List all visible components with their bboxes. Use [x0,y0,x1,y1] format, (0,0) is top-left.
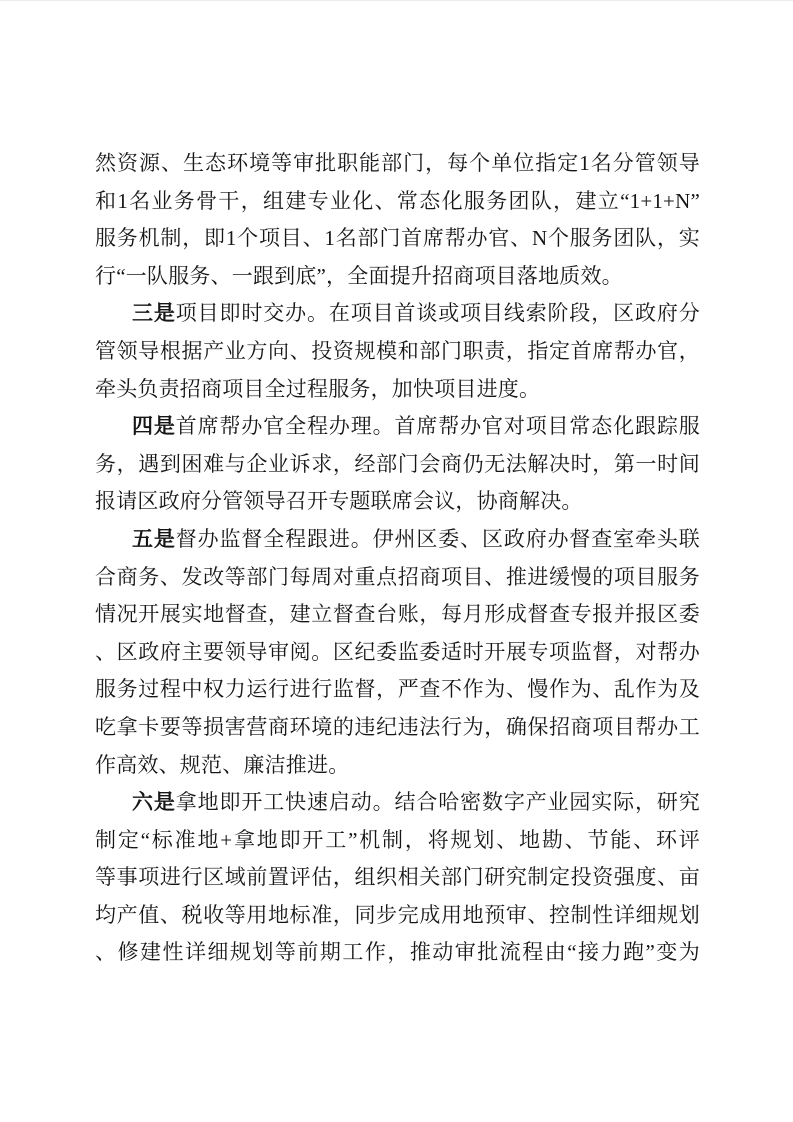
paragraph: 六是拿地即开工快速启动。结合哈密数字产业园实际，研究制定“标准地+拿地即开工”机… [95,784,700,972]
text-line: 报请区政府分管领导召开专题联席会议，协商解决。 [95,483,700,521]
text-line: 情况开展实地督查，建立督查台账，每月形成督查专报并报区委 [95,596,700,634]
text-line: 、修建性详细规划等前期工作，推动审批流程由“接力跑”变为 [95,934,700,972]
text-line: 、区政府主要领导审阅。区纪委监委适时开展专项监督，对帮办 [95,634,700,672]
text-line: 行“一队服务、一跟到底”，全面提升招商项目落地质效。 [95,258,700,296]
text-line: 吃拿卡要等损害营商环境的违纪违法行为，确保招商项目帮办工 [95,709,700,747]
line-text: 首席帮办官全程办理。首席帮办官对项目常态化跟踪服 [176,414,700,438]
line-text: 项目即时交办。在项目首谈或项目线索阶段，区政府分 [176,301,700,325]
paragraph-lead: 六是 [132,791,176,814]
paragraph-lead: 三是 [132,302,176,325]
document-page: 然资源、生态环境等审批职能部门，每个单位指定1名分管领导和1名业务骨干，组建专业… [0,0,793,1122]
text-line: 作高效、规范、廉洁推进。 [95,747,700,785]
text-line: 服务机制，即1个项目、1名部门首席帮办官、N个服务团队，实 [95,220,700,258]
text-line: 管领导根据产业方向、投资规模和部门职责，指定首席帮办官， [95,333,700,371]
line-text: 督办监督全程跟进。伊州区委、区政府办督查室牵头联 [176,527,700,551]
text-line: 和1名业务骨干，组建专业化、常态化服务团队，建立“1+1+N” [95,183,700,221]
paragraph: 五是督办监督全程跟进。伊州区委、区政府办督查室牵头联合商务、发改等部门每周对重点… [95,521,700,784]
paragraph-lead: 五是 [132,528,176,551]
text-line: 服务过程中权力运行进行监督，严查不作为、慢作为、乱作为及 [95,671,700,709]
text-line: 制定“标准地+拿地即开工”机制，将规划、地勘、节能、环评 [95,822,700,860]
document-body: 然资源、生态环境等审批职能部门，每个单位指定1名分管领导和1名业务骨干，组建专业… [95,145,700,972]
text-line: 六是拿地即开工快速启动。结合哈密数字产业园实际，研究 [95,784,700,822]
text-line: 然资源、生态环境等审批职能部门，每个单位指定1名分管领导 [95,145,700,183]
text-line: 合商务、发改等部门每周对重点招商项目、推进缓慢的项目服务 [95,559,700,597]
text-line: 四是首席帮办官全程办理。首席帮办官对项目常态化跟踪服 [95,408,700,446]
text-line: 五是督办监督全程跟进。伊州区委、区政府办督查室牵头联 [95,521,700,559]
line-text: 拿地即开工快速启动。结合哈密数字产业园实际，研究 [176,790,700,814]
paragraph: 然资源、生态环境等审批职能部门，每个单位指定1名分管领导和1名业务骨干，组建专业… [95,145,700,295]
text-line: 等事项进行区域前置评估，组织相关部门研究制定投资强度、亩 [95,859,700,897]
text-line: 均产值、税收等用地标准，同步完成用地预审、控制性详细规划 [95,897,700,935]
paragraph: 三是项目即时交办。在项目首谈或项目线索阶段，区政府分管领导根据产业方向、投资规模… [95,295,700,408]
text-line: 牵头负责招商项目全过程服务，加快项目进度。 [95,371,700,409]
text-line: 务，遇到困难与企业诉求，经部门会商仍无法解决时，第一时间 [95,446,700,484]
paragraph: 四是首席帮办官全程办理。首席帮办官对项目常态化跟踪服务，遇到困难与企业诉求，经部… [95,408,700,521]
paragraph-lead: 四是 [132,415,176,438]
text-line: 三是项目即时交办。在项目首谈或项目线索阶段，区政府分 [95,295,700,333]
